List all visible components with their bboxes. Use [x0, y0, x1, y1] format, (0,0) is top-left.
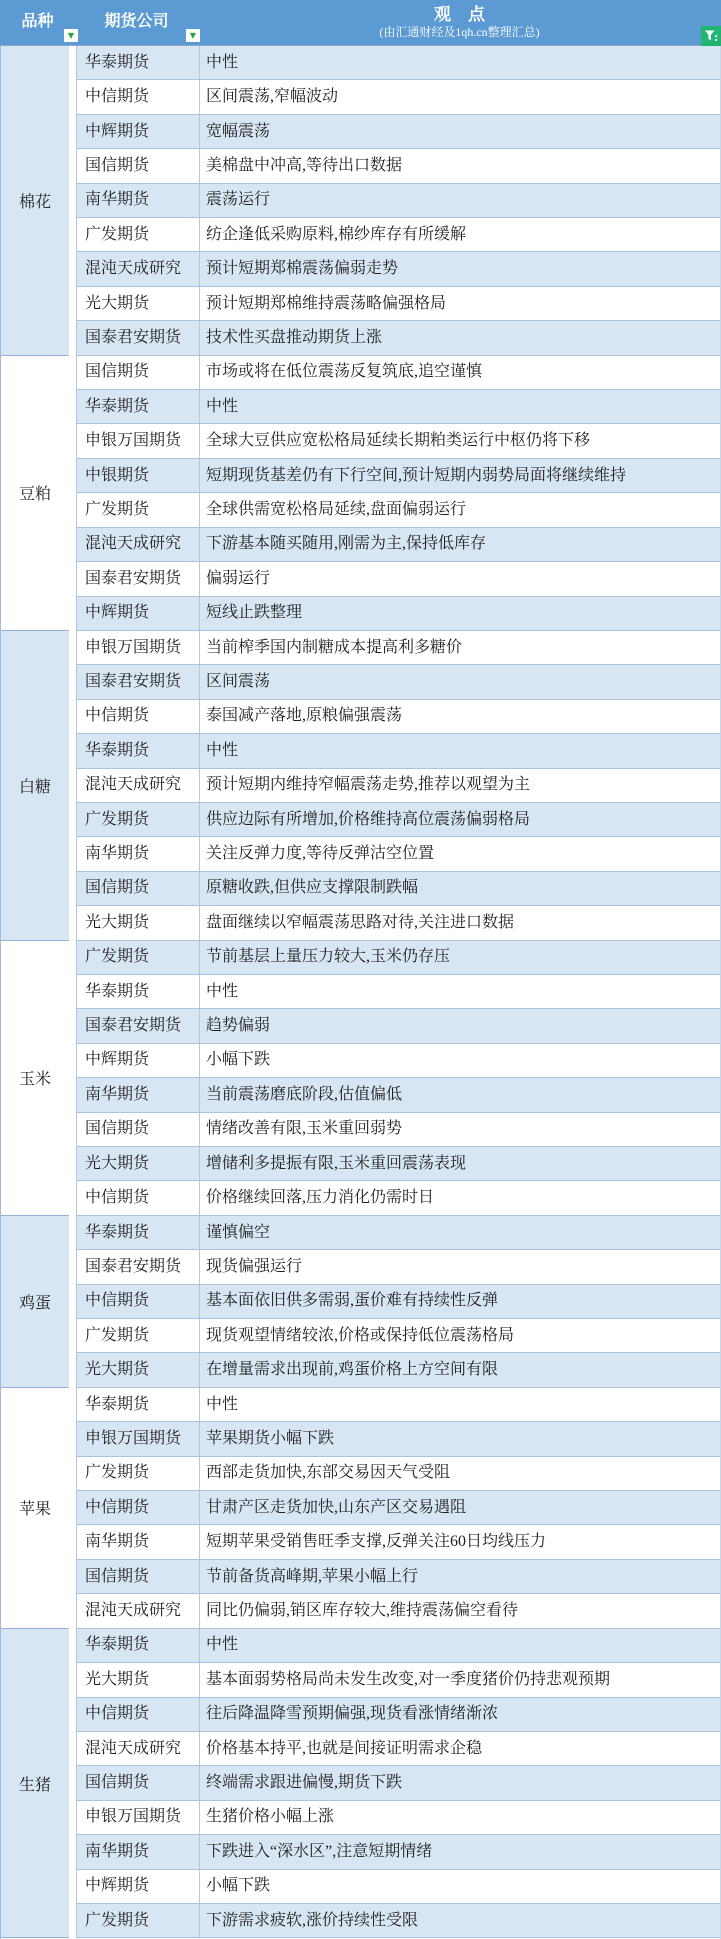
commodity-section: 棉花华泰期货中性中信期货区间震荡,窄幅波动中辉期货宽幅震荡国信期货美棉盘中冲高,…: [1, 46, 720, 356]
company-cell: 混沌天成研究: [76, 1594, 199, 1627]
table-row: 中辉期货小幅下跌: [76, 1044, 720, 1078]
view-cell: 中性: [199, 390, 720, 423]
company-cell: 华泰期货: [76, 1388, 199, 1421]
view-cell: 下跌进入“深水区”,注意短期情绪: [199, 1835, 720, 1868]
futures-views-table: 品种 期货公司 观 点 (由汇通财经及1qh.cn整理汇总) ▼ ▼ 棉花华泰期…: [0, 0, 721, 1939]
view-cell: 生猪价格小幅上涨: [199, 1801, 720, 1834]
company-cell: 混沌天成研究: [76, 1732, 199, 1765]
variety-cell: 白糖: [1, 631, 69, 941]
commodity-section: 鸡蛋华泰期货谨慎偏空国泰君安期货现货偏强运行中信期货基本面依旧供多需弱,蛋价难有…: [1, 1216, 720, 1388]
view-cell: 预计短期郑棉维持震荡略偏强格局: [199, 287, 720, 320]
table-row: 混沌天成研究预计短期内维持窄幅震荡走势,推荐以观望为主: [76, 769, 720, 803]
table-row: 国信期货情绪改善有限,玉米重回弱势: [76, 1113, 720, 1147]
view-cell: 价格基本持平,也就是间接证明需求企稳: [199, 1732, 720, 1765]
view-cell: 基本面依旧供多需弱,蛋价难有持续性反弹: [199, 1285, 720, 1318]
company-cell: 中信期货: [76, 1181, 199, 1214]
company-cell: 南华期货: [76, 837, 199, 870]
view-cell: 关注反弹力度,等待反弹沽空位置: [199, 837, 720, 870]
table-row: 混沌天成研究同比仍偏弱,销区库存较大,维持震荡偏空看待: [76, 1594, 720, 1628]
table-row: 光大期货增储利多提振有限,玉米重回震荡表现: [76, 1147, 720, 1181]
table-row: 华泰期货中性: [76, 1629, 720, 1663]
view-cell: 基本面弱势格局尚未发生改变,对一季度猪价仍持悲观预期: [199, 1663, 720, 1696]
company-cell: 中辉期货: [76, 597, 199, 630]
company-cell: 混沌天成研究: [76, 769, 199, 802]
view-cell: 节前备货高峰期,苹果小幅上行: [199, 1560, 720, 1593]
table-row: 国信期货原糖收跌,但供应支撑限制跌幅: [76, 872, 720, 906]
company-cell: 南华期货: [76, 1525, 199, 1558]
company-cell: 广发期货: [76, 941, 199, 974]
view-cell: 当前震荡磨底阶段,估值偏低: [199, 1078, 720, 1111]
view-cell: 供应边际有所增加,价格维持高位震荡偏弱格局: [199, 803, 720, 836]
view-cell: 市场或将在低位震荡反复筑底,追空谨慎: [199, 356, 720, 389]
column-gutter: [69, 1388, 76, 1629]
column-gutter: [69, 941, 76, 1216]
company-cell: 国泰君安期货: [76, 1250, 199, 1283]
column-gutter: [69, 1629, 76, 1939]
table-row: 中信期货价格继续回落,压力消化仍需时日: [76, 1181, 720, 1215]
table-row: 广发期货纺企逢低采购原料,棉纱库存有所缓解: [76, 218, 720, 252]
view-cell: 中性: [199, 975, 720, 1008]
company-cell: 申银万国期货: [76, 424, 199, 457]
company-cell: 广发期货: [76, 1904, 199, 1937]
company-cell: 混沌天成研究: [76, 528, 199, 561]
company-cell: 国泰君安期货: [76, 665, 199, 698]
view-cell: 当前榨季国内制糖成本提高利多糖价: [199, 631, 720, 664]
table-row: 广发期货西部走货加快,东部交易因天气受阻: [76, 1457, 720, 1491]
view-cell: 预计短期内维持窄幅震荡走势,推荐以观望为主: [199, 769, 720, 802]
view-cell: 区间震荡: [199, 665, 720, 698]
table-row: 南华期货短期苹果受销售旺季支撑,反弹关注60日均线压力: [76, 1525, 720, 1559]
view-cell: 技术性买盘推动期货上涨: [199, 321, 720, 354]
table-row: 中辉期货短线止跌整理: [76, 597, 720, 631]
column-gutter: [69, 46, 76, 356]
table-row: 广发期货全球供需宽松格局延续,盘面偏弱运行: [76, 493, 720, 527]
company-cell: 中信期货: [76, 80, 199, 113]
table-row: 光大期货预计短期郑棉维持震荡略偏强格局: [76, 287, 720, 321]
table-row: 广发期货节前基层上量压力较大,玉米仍存压: [76, 941, 720, 975]
table-row: 中信期货往后降温降雪预期偏强,现货看涨情绪渐浓: [76, 1698, 720, 1732]
company-cell: 中辉期货: [76, 115, 199, 148]
company-header-label: 期货公司: [104, 8, 168, 31]
view-cell: 全球供需宽松格局延续,盘面偏弱运行: [199, 493, 720, 526]
company-cell: 广发期货: [76, 1319, 199, 1352]
company-cell: 广发期货: [76, 803, 199, 836]
table-row: 南华期货下跌进入“深水区”,注意短期情绪: [76, 1835, 720, 1869]
table-row: 国泰君安期货现货偏强运行: [76, 1250, 720, 1284]
company-cell: 中银期货: [76, 459, 199, 492]
company-cell: 广发期货: [76, 1457, 199, 1490]
company-cell: 华泰期货: [76, 46, 199, 79]
table-row: 中银期货短期现货基差仍有下行空间,预计短期内弱势局面将继续维持: [76, 459, 720, 493]
company-cell: 申银万国期货: [76, 631, 199, 664]
view-cell: 往后降温降雪预期偏强,现货看涨情绪渐浓: [199, 1698, 720, 1731]
company-cell: 华泰期货: [76, 734, 199, 767]
variety-header-label: 品种: [21, 8, 53, 31]
view-cell: 区间震荡,窄幅波动: [199, 80, 720, 113]
table-row: 国信期货终端需求跟进偏慢,期货下跌: [76, 1766, 720, 1800]
table-row: 华泰期货中性: [76, 390, 720, 424]
company-cell: 南华期货: [76, 1835, 199, 1868]
view-cell: 增储利多提振有限,玉米重回震荡表现: [199, 1147, 720, 1180]
variety-cell: 玉米: [1, 941, 69, 1216]
table-row: 国信期货美棉盘中冲高,等待出口数据: [76, 149, 720, 183]
view-cell: 价格继续回落,压力消化仍需时日: [199, 1181, 720, 1214]
view-cell: 现货观望情绪较浓,价格或保持低位震荡格局: [199, 1319, 720, 1352]
company-cell: 广发期货: [76, 218, 199, 251]
view-cell: 西部走货加快,东部交易因天气受阻: [199, 1457, 720, 1490]
company-cell: 南华期货: [76, 184, 199, 217]
company-cell: 光大期货: [76, 1663, 199, 1696]
commodity-section: 玉米广发期货节前基层上量压力较大,玉米仍存压华泰期货中性国泰君安期货趋势偏弱中辉…: [1, 941, 720, 1216]
view-cell: 苹果期货小幅下跌: [199, 1422, 720, 1455]
company-filter-dropdown-button[interactable]: ▼: [186, 29, 200, 42]
table-row: 混沌天成研究预计短期郑棉震荡偏弱走势: [76, 252, 720, 286]
table-row: 南华期货关注反弹力度,等待反弹沽空位置: [76, 837, 720, 871]
table-row: 南华期货震荡运行: [76, 184, 720, 218]
table-row: 中信期货区间震荡,窄幅波动: [76, 80, 720, 114]
table-row: 国泰君安期货区间震荡: [76, 665, 720, 699]
company-cell: 华泰期货: [76, 1216, 199, 1249]
company-cell: 国信期货: [76, 1113, 199, 1146]
company-cell: 中信期货: [76, 700, 199, 733]
company-cell: 华泰期货: [76, 975, 199, 1008]
table-row: 中信期货泰国减产落地,原粮偏强震荡: [76, 700, 720, 734]
company-cell: 国泰君安期货: [76, 1009, 199, 1042]
commodity-section: 生猪华泰期货中性光大期货基本面弱势格局尚未发生改变,对一季度猪价仍持悲观预期中信…: [1, 1629, 720, 1939]
table-row: 中信期货基本面依旧供多需弱,蛋价难有持续性反弹: [76, 1285, 720, 1319]
company-cell: 广发期货: [76, 493, 199, 526]
view-cell: 小幅下跌: [199, 1870, 720, 1903]
table-row: 申银万国期货全球大豆供应宽松格局延续长期粕类运行中枢仍将下移: [76, 424, 720, 458]
table-row: 申银万国期货当前榨季国内制糖成本提高利多糖价: [76, 631, 720, 665]
table-row: 广发期货供应边际有所增加,价格维持高位震荡偏弱格局: [76, 803, 720, 837]
company-cell: 南华期货: [76, 1078, 199, 1111]
variety-cell: 苹果: [1, 1388, 69, 1629]
table-row: 华泰期货谨慎偏空: [76, 1216, 720, 1250]
view-cell: 美棉盘中冲高,等待出口数据: [199, 149, 720, 182]
table-row: 光大期货基本面弱势格局尚未发生改变,对一季度猪价仍持悲观预期: [76, 1663, 720, 1697]
view-cell: 短线止跌整理: [199, 597, 720, 630]
table-row: 国泰君安期货技术性买盘推动期货上涨: [76, 321, 720, 355]
company-cell: 国泰君安期货: [76, 562, 199, 595]
table-row: 中辉期货宽幅震荡: [76, 115, 720, 149]
column-gutter: [69, 1216, 76, 1388]
view-cell: 在增量需求出现前,鸡蛋价格上方空间有限: [199, 1353, 720, 1386]
view-cell: 泰国减产落地,原粮偏强震荡: [199, 700, 720, 733]
table-row: 华泰期货中性: [76, 1388, 720, 1422]
company-cell: 中辉期货: [76, 1870, 199, 1903]
commodity-section: 豆粕国信期货市场或将在低位震荡反复筑底,追空谨慎华泰期货中性申银万国期货全球大豆…: [1, 356, 720, 631]
variety-cell: 鸡蛋: [1, 1216, 69, 1388]
view-cell: 下游基本随买随用,刚需为主,保持低库存: [199, 528, 720, 561]
dropdown-arrow-icon: ▼: [68, 32, 74, 40]
view-header-subtitle: (由汇通财经及1qh.cn整理汇总): [379, 25, 539, 40]
table-row: 华泰期货中性: [76, 46, 720, 80]
filter-funnel-icon: [703, 28, 719, 44]
column-header-view: 观 点 (由汇通财经及1qh.cn整理汇总): [198, 0, 721, 45]
view-cell: 中性: [199, 46, 720, 79]
view-cell: 短期苹果受销售旺季支撑,反弹关注60日均线压力: [199, 1525, 720, 1558]
variety-cell: 生猪: [1, 1629, 69, 1939]
table-row: 中辉期货小幅下跌: [76, 1870, 720, 1904]
view-cell: 趋势偏弱: [199, 1009, 720, 1042]
company-cell: 光大期货: [76, 1353, 199, 1386]
company-cell: 光大期货: [76, 906, 199, 939]
view-cell: 谨慎偏空: [199, 1216, 720, 1249]
company-cell: 中信期货: [76, 1285, 199, 1318]
company-cell: 中辉期货: [76, 1044, 199, 1077]
table-row: 国信期货市场或将在低位震荡反复筑底,追空谨慎: [76, 356, 720, 390]
view-cell: 甘肃产区走货加快,山东产区交易遇阻: [199, 1491, 720, 1524]
table-header: 品种 期货公司 观 点 (由汇通财经及1qh.cn整理汇总) ▼ ▼: [0, 0, 721, 46]
table-row: 光大期货在增量需求出现前,鸡蛋价格上方空间有限: [76, 1353, 720, 1387]
company-cell: 国信期货: [76, 1766, 199, 1799]
variety-cell: 豆粕: [1, 356, 69, 631]
view-cell: 中性: [199, 734, 720, 767]
column-gutter: [69, 356, 76, 631]
view-header-title: 观 点: [434, 5, 485, 25]
view-cell: 中性: [199, 1388, 720, 1421]
table-row: 混沌天成研究下游基本随买随用,刚需为主,保持低库存: [76, 528, 720, 562]
table-row: 国泰君安期货偏弱运行: [76, 562, 720, 596]
company-cell: 国信期货: [76, 149, 199, 182]
company-cell: 申银万国期货: [76, 1801, 199, 1834]
company-cell: 国信期货: [76, 1560, 199, 1593]
table-row: 中信期货甘肃产区走货加快,山东产区交易遇阻: [76, 1491, 720, 1525]
table-row: 申银万国期货苹果期货小幅下跌: [76, 1422, 720, 1456]
table-row: 广发期货现货观望情绪较浓,价格或保持低位震荡格局: [76, 1319, 720, 1353]
view-cell: 情绪改善有限,玉米重回弱势: [199, 1113, 720, 1146]
column-header-company: 期货公司: [75, 0, 198, 45]
view-cell: 盘面继续以窄幅震荡思路对待,关注进口数据: [199, 906, 720, 939]
table-row: 国信期货节前备货高峰期,苹果小幅上行: [76, 1560, 720, 1594]
company-cell: 光大期货: [76, 287, 199, 320]
company-cell: 混沌天成研究: [76, 252, 199, 285]
commodity-section: 苹果华泰期货中性申银万国期货苹果期货小幅下跌广发期货西部走货加快,东部交易因天气…: [1, 1388, 720, 1629]
view-cell: 节前基层上量压力较大,玉米仍存压: [199, 941, 720, 974]
company-cell: 中信期货: [76, 1698, 199, 1731]
company-cell: 中信期货: [76, 1491, 199, 1524]
company-cell: 国信期货: [76, 356, 199, 389]
table-row: 华泰期货中性: [76, 734, 720, 768]
column-gutter: [69, 631, 76, 941]
view-cell: 短期现货基差仍有下行空间,预计短期内弱势局面将继续维持: [199, 459, 720, 492]
table-row: 光大期货盘面继续以窄幅震荡思路对待,关注进口数据: [76, 906, 720, 940]
view-cell: 终端需求跟进偏慢,期货下跌: [199, 1766, 720, 1799]
view-cell: 宽幅震荡: [199, 115, 720, 148]
view-cell: 现货偏强运行: [199, 1250, 720, 1283]
filter-applied-button[interactable]: [701, 26, 721, 46]
table-row: 混沌天成研究价格基本持平,也就是间接证明需求企稳: [76, 1732, 720, 1766]
view-cell: 偏弱运行: [199, 562, 720, 595]
view-cell: 下游需求疲软,涨价持续性受限: [199, 1904, 720, 1937]
view-cell: 全球大豆供应宽松格局延续长期粕类运行中枢仍将下移: [199, 424, 720, 457]
view-cell: 小幅下跌: [199, 1044, 720, 1077]
company-cell: 华泰期货: [76, 390, 199, 423]
view-cell: 纺企逢低采购原料,棉纱库存有所缓解: [199, 218, 720, 251]
view-cell: 预计短期郑棉震荡偏弱走势: [199, 252, 720, 285]
table-row: 申银万国期货生猪价格小幅上涨: [76, 1801, 720, 1835]
variety-cell: 棉花: [1, 46, 69, 356]
view-cell: 中性: [199, 1629, 720, 1662]
company-cell: 国泰君安期货: [76, 321, 199, 354]
view-cell: 震荡运行: [199, 184, 720, 217]
view-cell: 同比仍偏弱,销区库存较大,维持震荡偏空看待: [199, 1594, 720, 1627]
table-body: 棉花华泰期货中性中信期货区间震荡,窄幅波动中辉期货宽幅震荡国信期货美棉盘中冲高,…: [0, 46, 721, 1939]
table-row: 南华期货当前震荡磨底阶段,估值偏低: [76, 1078, 720, 1112]
company-cell: 国信期货: [76, 872, 199, 905]
variety-filter-dropdown-button[interactable]: ▼: [64, 29, 78, 42]
table-row: 华泰期货中性: [76, 975, 720, 1009]
dropdown-arrow-icon: ▼: [190, 32, 196, 40]
table-row: 广发期货下游需求疲软,涨价持续性受限: [76, 1904, 720, 1938]
company-cell: 华泰期货: [76, 1629, 199, 1662]
view-cell: 原糖收跌,但供应支撑限制跌幅: [199, 872, 720, 905]
company-cell: 光大期货: [76, 1147, 199, 1180]
commodity-section: 白糖申银万国期货当前榨季国内制糖成本提高利多糖价国泰君安期货区间震荡中信期货泰国…: [1, 631, 720, 941]
company-cell: 申银万国期货: [76, 1422, 199, 1455]
table-row: 国泰君安期货趋势偏弱: [76, 1009, 720, 1043]
